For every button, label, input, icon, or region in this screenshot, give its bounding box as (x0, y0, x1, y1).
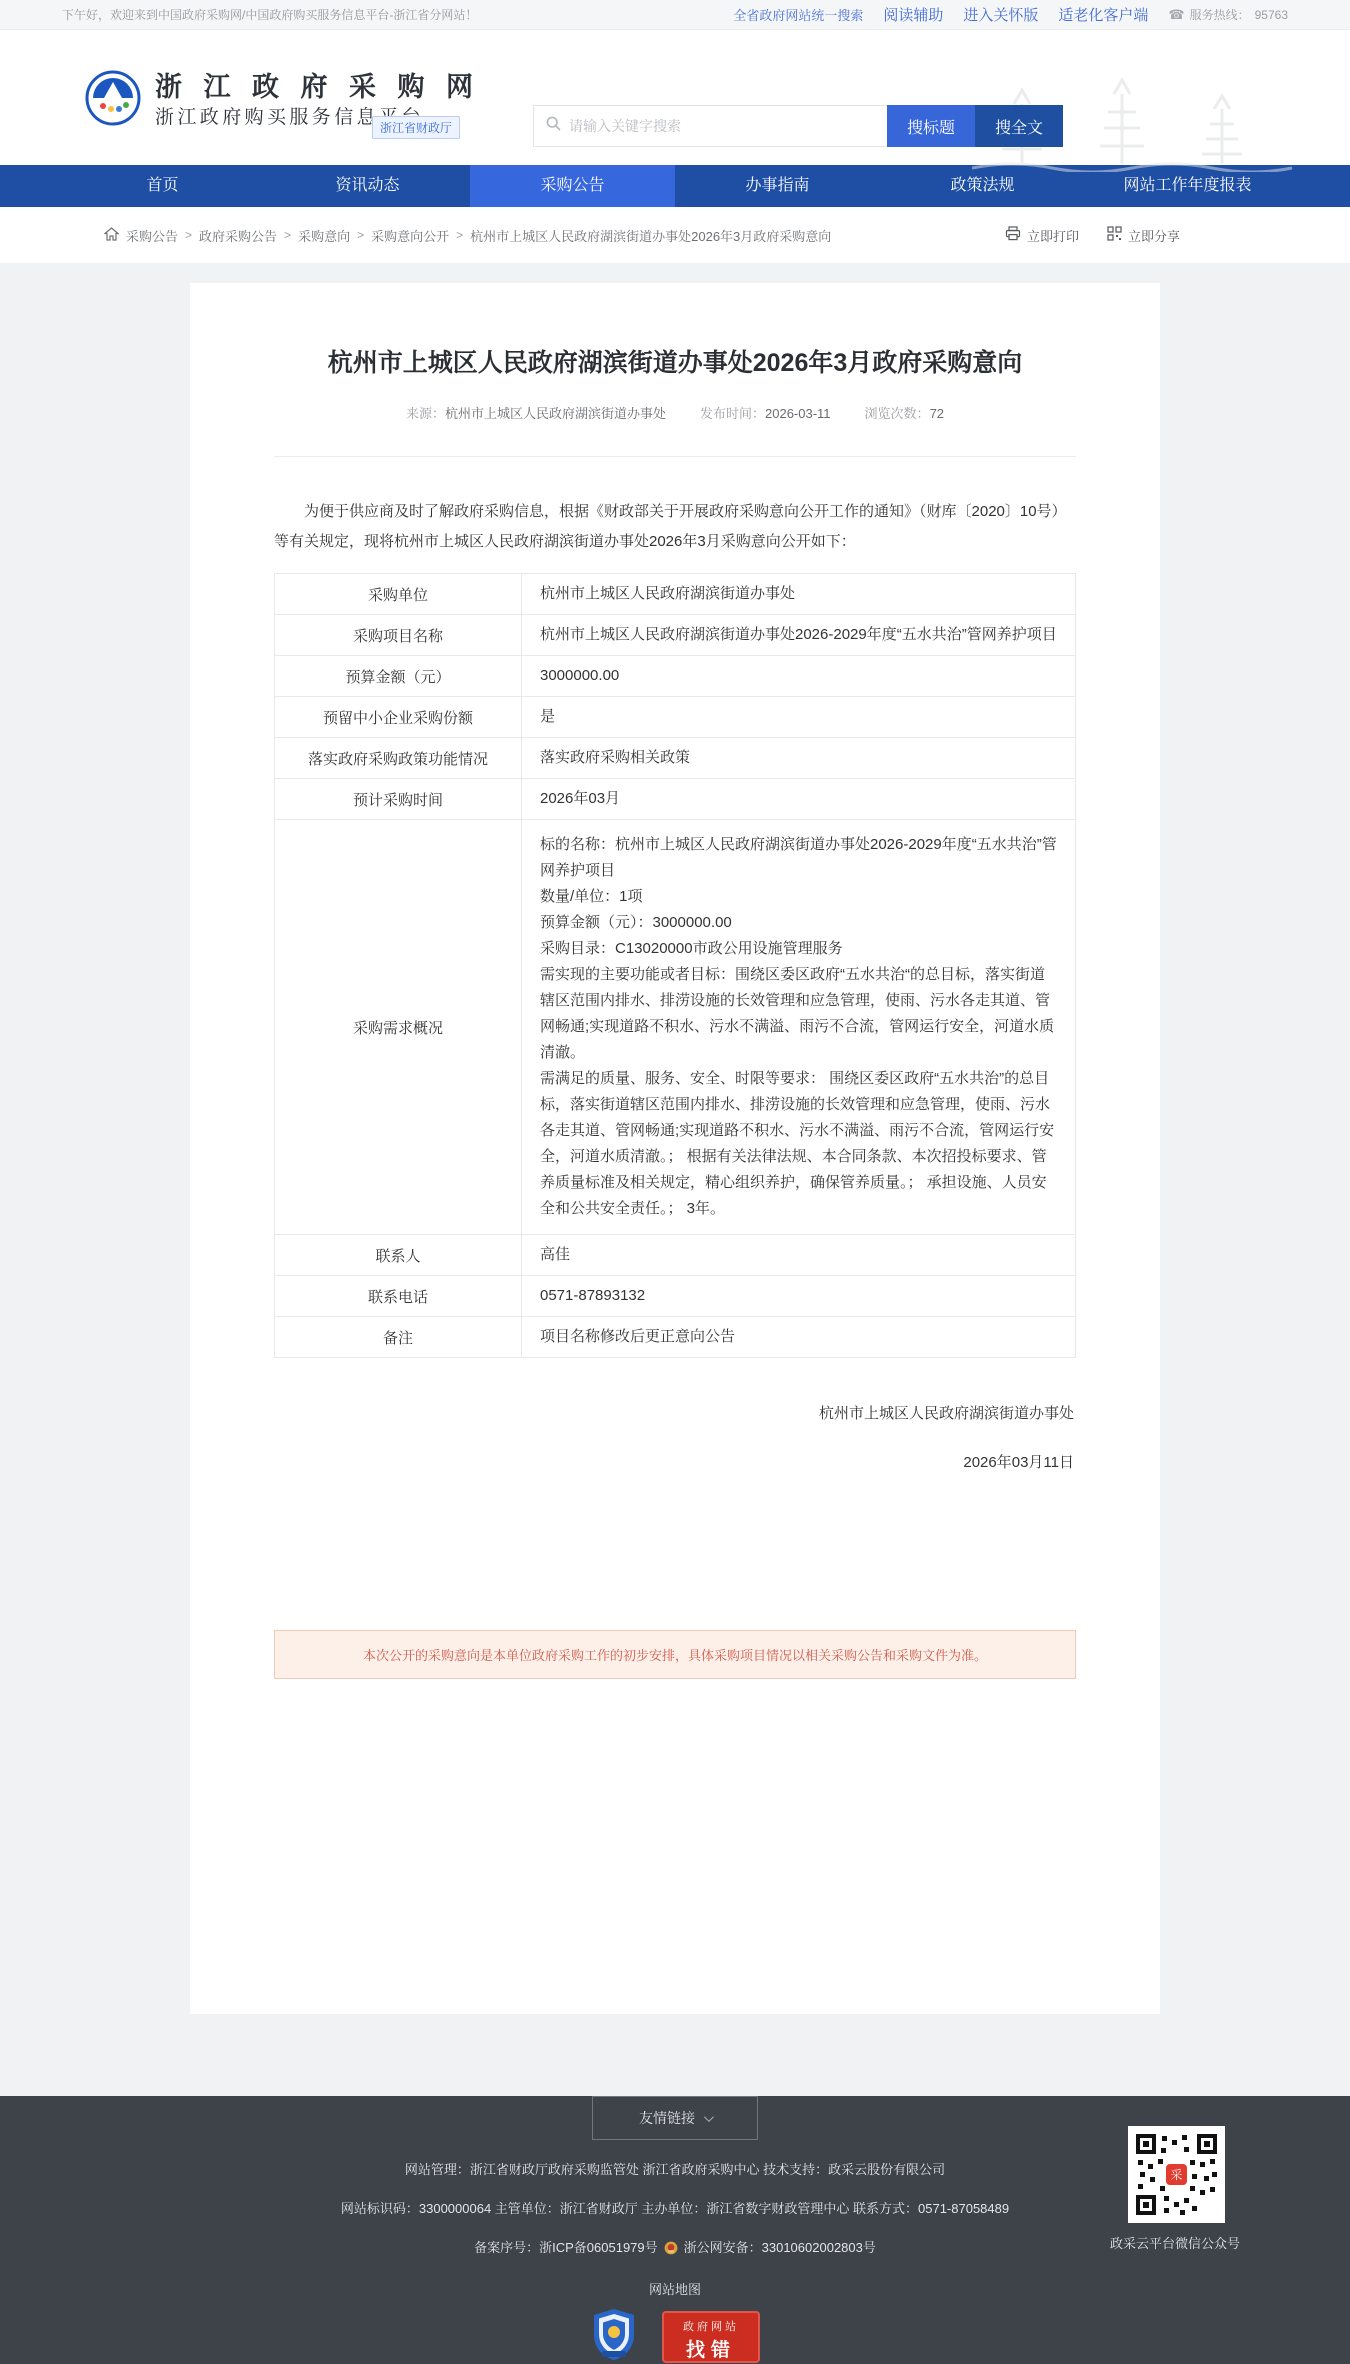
view-count: 72 (930, 406, 944, 421)
home-icon[interactable] (104, 227, 119, 244)
page-body: 杭州市上城区人民政府湖滨街道办事处2026年3月政府采购意向 来源：杭州市上城区… (0, 263, 1350, 2096)
table-row: 预算金额（元） 3000000.00 (275, 656, 1076, 697)
article-source: 杭州市上城区人民政府湖滨街道办事处 (445, 406, 666, 421)
qr-code: 采 (1128, 2126, 1225, 2223)
print-action[interactable]: 立即打印 (1005, 226, 1079, 245)
breadcrumb-bar: 采购公告> 政府采购公告> 采购意向> 采购意向公开> 杭州市上城区人民政府湖滨… (0, 207, 1350, 263)
site-header: 浙 江 政 府 采 购 网 浙江政府购买服务信息平台 浙江省财政厅 搜标题 搜全… (0, 30, 1350, 165)
wechat-qr-block: 采 政采云平台微信公众号 (1128, 2126, 1225, 2252)
finance-dept-badge: 浙江省财政厅 (372, 116, 460, 139)
nav-item-home[interactable]: 首页 (60, 165, 265, 207)
table-row: 备注 项目名称修改后更正意向公告 (275, 1317, 1076, 1358)
site-name: 浙 江 政 府 采 购 网 (155, 71, 480, 103)
table-row: 预计采购时间 2026年03月 (275, 779, 1076, 820)
site-search: 搜标题 搜全文 (533, 105, 1063, 147)
intro-paragraph: 为便于供应商及时了解政府采购信息，根据《财政部关于开展政府采购意向公开工作的通知… (274, 497, 1076, 557)
article-title: 杭州市上城区人民政府湖滨街道办事处2026年3月政府采购意向 (274, 345, 1076, 381)
table-row: 联系人 高佳 (275, 1235, 1076, 1276)
qr-caption: 政采云平台微信公众号 (1110, 2233, 1225, 2252)
elderly-client-link[interactable]: 适老化客户端 (1058, 4, 1148, 25)
search-icon (546, 116, 561, 136)
search-title-button[interactable]: 搜标题 (887, 105, 975, 147)
nav-item-guide[interactable]: 办事指南 (675, 165, 880, 207)
signature-org: 杭州市上城区人民政府湖滨街道办事处 (274, 1402, 1076, 1423)
police-filing-number[interactable]: 浙公网安备：33010602002803号 (684, 2240, 876, 2255)
article-card: 杭州市上城区人民政府湖滨街道办事处2026年3月政府采购意向 来源：杭州市上城区… (190, 283, 1160, 2014)
logo-icon (85, 70, 141, 131)
printer-icon (1005, 226, 1021, 244)
table-row: 采购项目名称 杭州市上城区人民政府湖滨街道办事处2026-2029年度“五水共治… (275, 615, 1076, 656)
crumb-intention-public[interactable]: 采购意向公开 (371, 226, 449, 245)
signature-date: 2026年03月11日 (274, 1451, 1076, 1472)
nav-item-news[interactable]: 资讯动态 (265, 165, 470, 207)
search-fulltext-button[interactable]: 搜全文 (975, 105, 1063, 147)
top-utility-bar: 下午好，欢迎来到中国政府采购网/中国政府购买服务信息平台-浙江省分网站！ 全省政… (0, 0, 1350, 30)
nav-item-procurement-notice[interactable]: 采购公告 (470, 165, 675, 207)
crumb-intention[interactable]: 采购意向 (298, 226, 350, 245)
gov-shield-badge[interactable] (590, 2307, 638, 2364)
crumb-procurement-notice[interactable]: 采购公告 (126, 226, 178, 245)
phone-icon: ☎ (1168, 7, 1184, 23)
crumb-current: 杭州市上城区人民政府湖滨街道办事处2026年3月政府采购意向 (470, 226, 831, 245)
reading-aid-link[interactable]: 阅读辅助 (883, 4, 943, 25)
welcome-text: 下午好，欢迎来到中国政府采购网/中国政府购买服务信息平台-浙江省分网站！ (62, 6, 477, 23)
publish-date: 2026-03-11 (765, 406, 831, 421)
table-row: 采购单位 杭州市上城区人民政府湖滨街道办事处 (275, 574, 1076, 615)
divider (274, 456, 1076, 457)
care-version-link[interactable]: 进入关怀版 (963, 4, 1038, 25)
chevron-down-icon (704, 2112, 714, 2122)
gov-site-error-report-badge[interactable]: 政府网站 找错 (662, 2311, 760, 2363)
table-row: 落实政府采购政策功能情况 落实政府采购相关政策 (275, 738, 1076, 779)
table-row: 联系电话 0571-87893132 (275, 1276, 1076, 1317)
disclaimer-banner: 本次公开的采购意向是本单位政府采购工作的初步安排，具体采购项目情况以相关采购公告… (274, 1630, 1076, 1679)
table-row: 预留中小企业采购份额 是 (275, 697, 1076, 738)
footer-badges: 政府网站 找错 (0, 2307, 1350, 2364)
svg-text:采: 采 (1170, 2168, 1182, 2182)
icp-number: 备案序号：浙ICP备06051979号 (474, 2240, 658, 2255)
police-emblem-icon (664, 2241, 678, 2260)
procurement-table: 采购单位 杭州市上城区人民政府湖滨街道办事处 采购项目名称 杭州市上城区人民政府… (274, 573, 1076, 1358)
table-row-demand-summary: 采购需求概况 标的名称：杭州市上城区人民政府湖滨街道办事处2026-2029年度… (275, 820, 1076, 1235)
sitemap-link[interactable]: 网站地图 (649, 2281, 701, 2299)
search-input[interactable] (569, 118, 875, 134)
share-action[interactable]: 立即分享 (1107, 226, 1180, 245)
breadcrumb: 采购公告> 政府采购公告> 采购意向> 采购意向公开> 杭州市上城区人民政府湖滨… (104, 226, 831, 245)
site-footer: 友情链接 网站管理：浙江省财政厅政府采购监管处 浙江省政府采购中心 技术支持：政… (0, 2096, 1350, 2364)
service-hotline: ☎ 服务热线：95763 (1168, 6, 1288, 23)
qr-share-icon (1107, 226, 1122, 244)
friend-links-dropdown[interactable]: 友情链接 (592, 2096, 758, 2140)
article-meta: 来源：杭州市上城区人民政府湖滨街道办事处 发布时间：2026-03-11 浏览次… (274, 403, 1076, 422)
crumb-gov-procurement-notice[interactable]: 政府采购公告 (199, 226, 277, 245)
unified-search-link[interactable]: 全省政府网站统一搜索 (733, 5, 863, 24)
